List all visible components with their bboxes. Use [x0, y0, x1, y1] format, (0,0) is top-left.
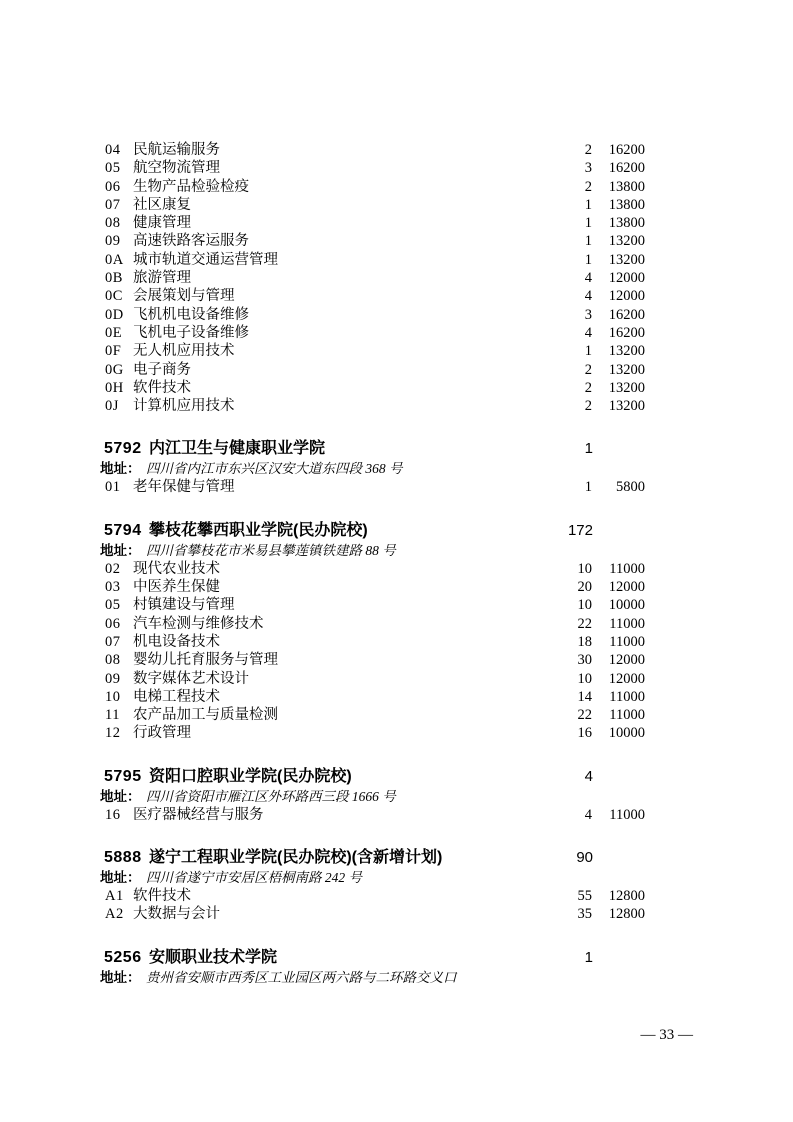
major-plan-count: 1 — [585, 342, 592, 360]
major-name: 社区康复 — [133, 196, 191, 214]
school-name: 资阳口腔职业学院(民办院校) — [149, 766, 352, 787]
major-code: 0B — [105, 269, 123, 287]
major-tuition-fee: 12000 — [609, 578, 645, 596]
school-code: 5256 — [104, 947, 142, 968]
major-tuition-fee: 13200 — [609, 251, 645, 269]
major-plan-count: 10 — [578, 596, 593, 614]
major-plan-count: 1 — [585, 251, 592, 269]
school-header: 5794 攀枝花攀西职业学院(民办院校) 172 — [0, 520, 793, 541]
major-code: 0J — [105, 397, 119, 415]
major-tuition-fee: 11000 — [609, 560, 645, 578]
major-code: 01 — [105, 478, 121, 496]
school-blocks: 5792 内江卫生与健康职业学院 1 地址： 四川省内江市东兴区汉安大道东四段 … — [0, 438, 793, 986]
major-tuition-fee: 5800 — [616, 478, 645, 496]
school-name: 遂宁工程职业学院(民办院校)(含新增计划) — [149, 847, 442, 868]
major-tuition-fee: 12800 — [609, 887, 645, 905]
major-code: 04 — [105, 141, 121, 159]
school-name: 安顺职业技术学院 — [149, 947, 277, 968]
major-row: 08 婴幼儿托育服务与管理 30 12000 — [0, 651, 793, 669]
major-tuition-fee: 16200 — [609, 324, 645, 342]
major-code: 0G — [105, 361, 124, 379]
school-code: 5794 — [104, 520, 142, 541]
major-tuition-fee: 13800 — [609, 196, 645, 214]
major-name: 生物产品检验检疫 — [133, 178, 249, 196]
major-plan-count: 10 — [578, 670, 593, 688]
school-address-line: 地址： 四川省内江市东兴区汉安大道东四段 368 号 — [0, 459, 793, 478]
major-name: 老年保健与管理 — [133, 478, 235, 496]
major-code: 16 — [105, 806, 121, 824]
school-header: 5256 安顺职业技术学院 1 — [0, 947, 793, 968]
address-label: 地址： — [100, 868, 141, 887]
address-label: 地址： — [100, 459, 141, 478]
major-plan-count: 3 — [585, 306, 592, 324]
major-tuition-fee: 10000 — [609, 724, 645, 742]
major-row: 0D 飞机机电设备维修 3 16200 — [0, 306, 793, 324]
major-tuition-fee: 16200 — [609, 159, 645, 177]
school-plan-total: 4 — [585, 766, 593, 787]
major-row: 07 社区康复 1 13800 — [0, 196, 793, 214]
school-plan-total: 90 — [576, 847, 593, 868]
major-row: 0C 会展策划与管理 4 12000 — [0, 287, 793, 305]
school-major-list: 16 医疗器械经营与服务 4 11000 — [0, 806, 793, 824]
major-row: 04 民航运输服务 2 16200 — [0, 141, 793, 159]
major-tuition-fee: 13200 — [609, 361, 645, 379]
major-name: 机电设备技术 — [133, 633, 220, 651]
major-row: 0J 计算机应用技术 2 13200 — [0, 397, 793, 415]
major-name: 飞机机电设备维修 — [133, 306, 249, 324]
major-code: 09 — [105, 670, 121, 688]
address-text: 贵州省安顺市西秀区工业园区两六路与二环路交义口 — [146, 968, 457, 987]
school-code: 5795 — [104, 766, 142, 787]
major-name: 航空物流管理 — [133, 159, 220, 177]
major-tuition-fee: 13200 — [609, 342, 645, 360]
address-text: 四川省攀枝花市米易县攀莲镇铁建路 88 号 — [146, 541, 396, 560]
major-tuition-fee: 13800 — [609, 214, 645, 232]
major-tuition-fee: 13200 — [609, 397, 645, 415]
major-name: 健康管理 — [133, 214, 191, 232]
major-code: 0C — [105, 287, 123, 305]
major-name: 软件技术 — [133, 887, 191, 905]
school-plan-total: 1 — [585, 947, 593, 968]
major-tuition-fee: 12000 — [609, 287, 645, 305]
address-text: 四川省遂宁市安居区梧桐南路 242 号 — [146, 868, 362, 887]
major-code: 09 — [105, 232, 121, 250]
major-name: 无人机应用技术 — [133, 342, 235, 360]
document-page: 04 民航运输服务 2 16200 05 航空物流管理 3 16200 06 生… — [0, 0, 793, 1122]
school-block: 5792 内江卫生与健康职业学院 1 地址： 四川省内江市东兴区汉安大道东四段 … — [0, 438, 793, 496]
major-name: 现代农业技术 — [133, 560, 220, 578]
address-label: 地址： — [100, 541, 141, 560]
school-name: 内江卫生与健康职业学院 — [149, 438, 325, 459]
school-plan-total: 1 — [585, 438, 593, 459]
major-plan-count: 14 — [578, 688, 593, 706]
major-plan-count: 4 — [585, 269, 592, 287]
major-row: A1 软件技术 55 12800 — [0, 887, 793, 905]
major-code: 07 — [105, 633, 121, 651]
major-tuition-fee: 16200 — [609, 141, 645, 159]
major-name: 行政管理 — [133, 724, 191, 742]
major-plan-count: 3 — [585, 159, 592, 177]
school-major-list: A1 软件技术 55 12800 A2 大数据与会计 35 12800 — [0, 887, 793, 924]
major-plan-count: 1 — [585, 478, 592, 496]
major-row: 0G 电子商务 2 13200 — [0, 361, 793, 379]
major-tuition-fee: 11000 — [609, 688, 645, 706]
school-header: 5795 资阳口腔职业学院(民办院校) 4 — [0, 766, 793, 787]
major-name: 汽车检测与维修技术 — [133, 615, 264, 633]
major-code: 08 — [105, 214, 121, 232]
major-plan-count: 1 — [585, 196, 592, 214]
major-code: 12 — [105, 724, 121, 742]
major-plan-count: 55 — [578, 887, 593, 905]
school-address-line: 地址： 四川省资阳市雁江区外环路西三段 1666 号 — [0, 787, 793, 806]
school-name: 攀枝花攀西职业学院(民办院校) — [149, 520, 368, 541]
major-name: 软件技术 — [133, 379, 191, 397]
major-tuition-fee: 11000 — [609, 633, 645, 651]
major-tuition-fee: 16200 — [609, 306, 645, 324]
school-header: 5888 遂宁工程职业学院(民办院校)(含新增计划) 90 — [0, 847, 793, 868]
school-header: 5792 内江卫生与健康职业学院 1 — [0, 438, 793, 459]
major-row: 0H 软件技术 2 13200 — [0, 379, 793, 397]
major-code: 0F — [105, 342, 121, 360]
major-row: 08 健康管理 1 13800 — [0, 214, 793, 232]
major-plan-count: 4 — [585, 287, 592, 305]
page-content: 04 民航运输服务 2 16200 05 航空物流管理 3 16200 06 生… — [0, 141, 793, 987]
major-name: 村镇建设与管理 — [133, 596, 235, 614]
major-code: 0H — [105, 379, 124, 397]
major-plan-count: 20 — [578, 578, 593, 596]
major-row: 0B 旅游管理 4 12000 — [0, 269, 793, 287]
major-code: 08 — [105, 651, 121, 669]
major-row: 01 老年保健与管理 1 5800 — [0, 478, 793, 496]
continued-major-list: 04 民航运输服务 2 16200 05 航空物流管理 3 16200 06 生… — [0, 141, 793, 415]
school-code: 5792 — [104, 438, 142, 459]
major-plan-count: 22 — [578, 706, 593, 724]
major-row: A2 大数据与会计 35 12800 — [0, 905, 793, 923]
major-row: 09 高速铁路客运服务 1 13200 — [0, 232, 793, 250]
major-name: 民航运输服务 — [133, 141, 220, 159]
major-code: 0E — [105, 324, 122, 342]
major-row: 02 现代农业技术 10 11000 — [0, 560, 793, 578]
major-tuition-fee: 12000 — [609, 269, 645, 287]
major-code: 07 — [105, 196, 121, 214]
school-block: 5794 攀枝花攀西职业学院(民办院校) 172 地址： 四川省攀枝花市米易县攀… — [0, 520, 793, 743]
major-name: 飞机电子设备维修 — [133, 324, 249, 342]
major-row: 06 生物产品检验检疫 2 13800 — [0, 178, 793, 196]
school-major-list: 02 现代农业技术 10 11000 03 中医养生保健 20 12000 05… — [0, 560, 793, 743]
major-tuition-fee: 13200 — [609, 379, 645, 397]
major-plan-count: 1 — [585, 232, 592, 250]
major-name: 大数据与会计 — [133, 905, 220, 923]
major-row: 05 村镇建设与管理 10 10000 — [0, 596, 793, 614]
page-number: — 33 — — [641, 1026, 694, 1044]
major-name: 城市轨道交通运营管理 — [133, 251, 278, 269]
major-tuition-fee: 12800 — [609, 905, 645, 923]
major-name: 高速铁路客运服务 — [133, 232, 249, 250]
major-plan-count: 30 — [578, 651, 593, 669]
major-plan-count: 2 — [585, 379, 592, 397]
major-plan-count: 35 — [578, 905, 593, 923]
address-text: 四川省内江市东兴区汉安大道东四段 368 号 — [146, 459, 403, 478]
major-name: 中医养生保健 — [133, 578, 220, 596]
major-tuition-fee: 11000 — [609, 706, 645, 724]
major-name: 旅游管理 — [133, 269, 191, 287]
major-row: 0E 飞机电子设备维修 4 16200 — [0, 324, 793, 342]
major-code: 0D — [105, 306, 124, 324]
school-block: 5888 遂宁工程职业学院(民办院校)(含新增计划) 90 地址： 四川省遂宁市… — [0, 847, 793, 924]
major-plan-count: 4 — [585, 324, 592, 342]
major-row: 06 汽车检测与维修技术 22 11000 — [0, 615, 793, 633]
major-plan-count: 2 — [585, 361, 592, 379]
school-block: 5795 资阳口腔职业学院(民办院校) 4 地址： 四川省资阳市雁江区外环路西三… — [0, 766, 793, 824]
major-row: 12 行政管理 16 10000 — [0, 724, 793, 742]
major-plan-count: 4 — [585, 806, 592, 824]
school-block: 5256 安顺职业技术学院 1 地址： 贵州省安顺市西秀区工业园区两六路与二环路… — [0, 947, 793, 987]
major-plan-count: 2 — [585, 141, 592, 159]
school-code: 5888 — [104, 847, 142, 868]
major-plan-count: 2 — [585, 178, 592, 196]
major-code: 11 — [105, 706, 120, 724]
major-plan-count: 16 — [578, 724, 593, 742]
major-code: 03 — [105, 578, 121, 596]
major-code: A1 — [105, 887, 124, 905]
address-text: 四川省资阳市雁江区外环路西三段 1666 号 — [146, 787, 396, 806]
major-code: 10 — [105, 688, 121, 706]
major-row: 10 电梯工程技术 14 11000 — [0, 688, 793, 706]
school-plan-total: 172 — [568, 520, 593, 541]
major-tuition-fee: 11000 — [609, 615, 645, 633]
major-name: 计算机应用技术 — [133, 397, 235, 415]
major-tuition-fee: 12000 — [609, 651, 645, 669]
major-name: 农产品加工与质量检测 — [133, 706, 278, 724]
major-tuition-fee: 13800 — [609, 178, 645, 196]
major-name: 医疗器械经营与服务 — [133, 806, 264, 824]
major-plan-count: 22 — [578, 615, 593, 633]
major-name: 婴幼儿托育服务与管理 — [133, 651, 278, 669]
major-code: 06 — [105, 178, 121, 196]
major-name: 电子商务 — [133, 361, 191, 379]
major-code: 02 — [105, 560, 121, 578]
address-label: 地址： — [100, 968, 141, 987]
major-plan-count: 1 — [585, 214, 592, 232]
major-row: 16 医疗器械经营与服务 4 11000 — [0, 806, 793, 824]
school-address-line: 地址： 四川省遂宁市安居区梧桐南路 242 号 — [0, 868, 793, 887]
major-row: 0A 城市轨道交通运营管理 1 13200 — [0, 251, 793, 269]
school-address-line: 地址： 四川省攀枝花市米易县攀莲镇铁建路 88 号 — [0, 541, 793, 560]
major-plan-count: 18 — [578, 633, 593, 651]
major-row: 09 数字媒体艺术设计 10 12000 — [0, 670, 793, 688]
major-code: 05 — [105, 596, 121, 614]
major-code: 0A — [105, 251, 124, 269]
major-tuition-fee: 11000 — [609, 806, 645, 824]
major-row: 07 机电设备技术 18 11000 — [0, 633, 793, 651]
major-name: 数字媒体艺术设计 — [133, 670, 249, 688]
school-address-line: 地址： 贵州省安顺市西秀区工业园区两六路与二环路交义口 — [0, 968, 793, 987]
major-name: 电梯工程技术 — [133, 688, 220, 706]
address-label: 地址： — [100, 787, 141, 806]
major-code: A2 — [105, 905, 124, 923]
major-tuition-fee: 10000 — [609, 596, 645, 614]
school-major-list: 01 老年保健与管理 1 5800 — [0, 478, 793, 496]
major-plan-count: 2 — [585, 397, 592, 415]
major-row: 0F 无人机应用技术 1 13200 — [0, 342, 793, 360]
major-code: 06 — [105, 615, 121, 633]
major-plan-count: 10 — [578, 560, 593, 578]
major-tuition-fee: 12000 — [609, 670, 645, 688]
major-name: 会展策划与管理 — [133, 287, 235, 305]
major-code: 05 — [105, 159, 121, 177]
major-row: 05 航空物流管理 3 16200 — [0, 159, 793, 177]
major-row: 03 中医养生保健 20 12000 — [0, 578, 793, 596]
major-row: 11 农产品加工与质量检测 22 11000 — [0, 706, 793, 724]
major-tuition-fee: 13200 — [609, 232, 645, 250]
